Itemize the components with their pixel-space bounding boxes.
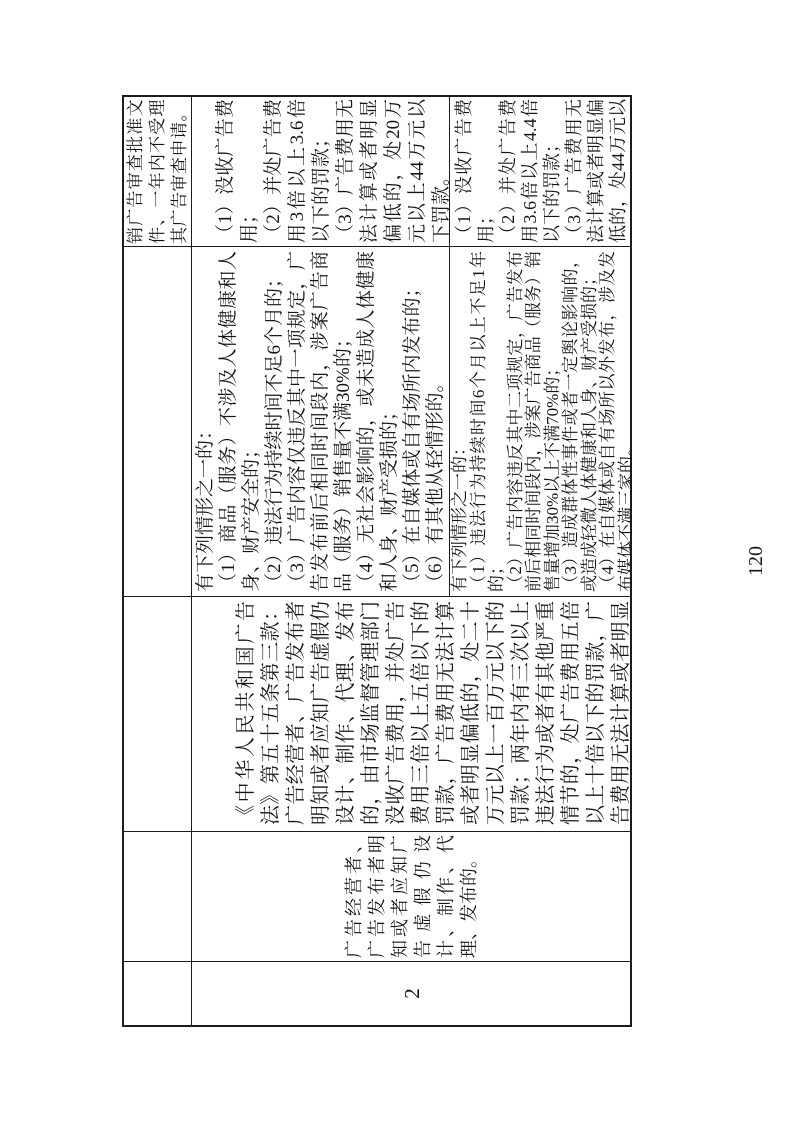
row2-legal-basis-cell: 《中华人民共和国广告法》第五十五条第三款：广告经营者、广告发布者明知或者应知广告… [192,596,632,831]
rotated-landscape-sheet: 销广告审查批准文件、一年内不受理其广告审查申请。 2 广告经营者、广告发布者明知… [0,0,793,1122]
cont-row-basis-cell-empty [124,596,192,831]
row2-violation-cell: 广告经营者、广告发布者明知或者应知广告虚假仍设计、制作、代理、发布的。 [192,831,632,961]
cont-row-index-cell-empty [124,961,192,1025]
row2-tier1-situations-cell: 有下列情形之一的： （1）商品（服务）不涉及人体健康和人身、财产安全的； （2）… [192,246,450,596]
page-number: 120 [745,0,768,1122]
cont-row-violation-cell-empty [124,831,192,961]
row2-tier2-penalty-cell: （1）没收广告费用； （2）并处广告费用3.6倍以上4.4倍以下的罚款； （3）… [450,97,632,246]
penalty-discretion-table: 销广告审查批准文件、一年内不受理其广告审查申请。 2 广告经营者、广告发布者明知… [122,95,632,1027]
cont-row-situation-cell-empty [124,246,192,596]
row2-index-cell: 2 [192,961,632,1025]
cont-row-penalty-tail-cell: 销广告审查批准文件、一年内不受理其广告审查申请。 [124,97,192,246]
row2-tier2-situations-cell: 有下列情形之一的： （1）违法行为持续时间6个月以上不足1年的； （2）广告内容… [450,246,632,596]
row2-tier1-penalty-cell: （1）没收广告费用； （2）并处广告费用3倍以上3.6倍以下的罚款； （3）广告… [192,97,450,246]
document-page: 销广告审查批准文件、一年内不受理其广告审查申请。 2 广告经营者、广告发布者明知… [0,0,793,1122]
